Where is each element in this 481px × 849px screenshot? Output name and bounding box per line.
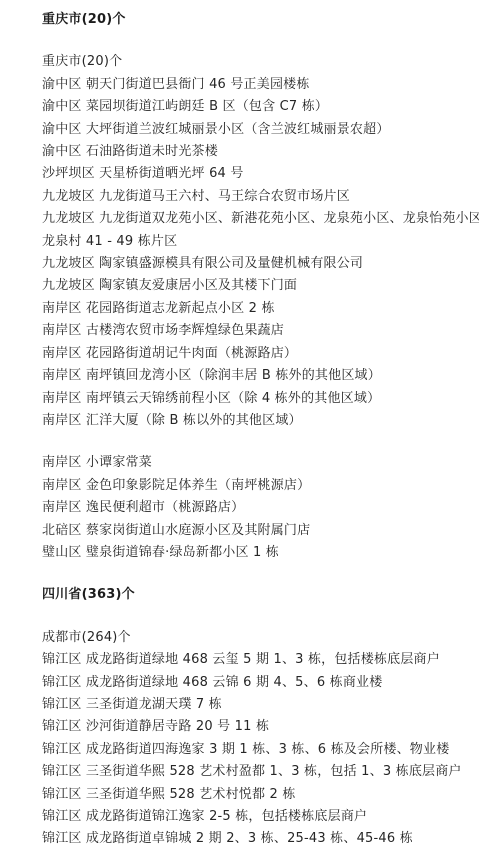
risk-area-entry-continuation: 龙泉村 41 - 49 栋片区 <box>42 231 479 253</box>
risk-area-entry: 锦江区 成龙路街道绿地 468 云锦 6 期 4、5、6 栋商业楼 <box>42 672 479 694</box>
risk-area-entry: 锦江区 三圣街道华熙 528 艺术村悦都 2 栋 <box>42 784 479 806</box>
risk-area-entry: 南岸区 古楼湾农贸市场李辉煌绿色果蔬店 <box>42 320 479 342</box>
risk-area-entry: 南岸区 南坪镇云天锦绣前程小区（除 4 栋外的其他区域） <box>42 388 479 410</box>
risk-area-entry: 南岸区 逸民便利超市（桃源路店） <box>42 497 479 519</box>
province-total-chongqing: 重庆市(20)个 <box>42 9 479 31</box>
risk-area-entry: 南岸区 汇洋大厦（除 B 栋以外的其他区域） <box>42 410 479 432</box>
risk-area-entry: 九龙坡区 陶家镇友爱康居小区及其楼下门面 <box>42 275 479 297</box>
risk-area-entry: 锦江区 三圣街道龙湖天璞 7 栋 <box>42 694 479 716</box>
risk-area-entry: 南岸区 花园路街道志龙新起点小区 2 栋 <box>42 298 479 320</box>
blank-line <box>42 432 479 452</box>
risk-area-entry: 渝中区 朝天门街道巴县衙门 46 号正美园楼栋 <box>42 74 479 96</box>
risk-area-entry: 沙坪坝区 天星桥街道晒光坪 64 号 <box>42 163 479 185</box>
city-total-chengdu: 成都市(264)个 <box>42 627 479 649</box>
risk-area-entry: 南岸区 小谭家常菜 <box>42 452 479 474</box>
blank-line <box>42 564 479 584</box>
risk-area-entry: 渝中区 菜园坝街道江屿朗廷 B 区（包含 C7 栋） <box>42 96 479 118</box>
risk-area-entry: 南岸区 南坪镇回龙湾小区（除润丰居 B 栋外的其他区域） <box>42 365 479 387</box>
risk-area-entry: 九龙坡区 九龙街道马王六村、马王综合农贸市场片区 <box>42 186 479 208</box>
document-page: 重庆市(20)个 重庆市(20)个 渝中区 朝天门街道巴县衙门 46 号正美园楼… <box>0 0 481 849</box>
risk-area-entry: 锦江区 成龙路街道卓锦城 2 期 2、3 栋、25-43 栋、45-46 栋 <box>42 828 479 849</box>
blank-line <box>42 607 479 627</box>
risk-area-entry: 九龙坡区 陶家镇盛源模具有限公司及量健机械有限公司 <box>42 253 479 275</box>
province-total-sichuan: 四川省(363)个 <box>42 584 479 606</box>
risk-area-entry: 渝中区 石油路街道未时光茶楼 <box>42 141 479 163</box>
risk-area-entry: 南岸区 花园路街道胡记牛肉面（桃源路店） <box>42 343 479 365</box>
risk-area-entry: 锦江区 三圣街道华熙 528 艺术村盈都 1、3 栋，包括 1、3 栋底层商户 <box>42 761 479 783</box>
risk-area-entry: 锦江区 成龙路街道锦江逸家 2-5 栋，包括楼栋底层商户 <box>42 806 479 828</box>
risk-area-entry: 璧山区 璧泉街道锦春·绿岛新都小区 1 栋 <box>42 542 479 564</box>
city-total-chongqing: 重庆市(20)个 <box>42 51 479 73</box>
risk-area-entry: 锦江区 沙河街道静居寺路 20 号 11 栋 <box>42 716 479 738</box>
risk-area-entry: 锦江区 成龙路街道绿地 468 云玺 5 期 1、3 栋，包括楼栋底层商户 <box>42 649 479 671</box>
risk-area-entry: 渝中区 大坪街道兰波红城丽景小区（含兰波红城丽景农超） <box>42 119 479 141</box>
blank-line <box>42 31 479 51</box>
risk-area-entry: 九龙坡区 九龙街道双龙苑小区、新港花苑小区、龙泉苑小区、龙泉怡苑小区、 <box>42 208 479 230</box>
risk-area-entry: 北碚区 蔡家岗街道山水庭源小区及其附属门店 <box>42 520 479 542</box>
risk-area-entry: 南岸区 金色印象影院足体养生（南坪桃源店） <box>42 475 479 497</box>
risk-area-entry: 锦江区 成龙路街道四海逸家 3 期 1 栋、3 栋、6 栋及会所楼、物业楼 <box>42 739 479 761</box>
